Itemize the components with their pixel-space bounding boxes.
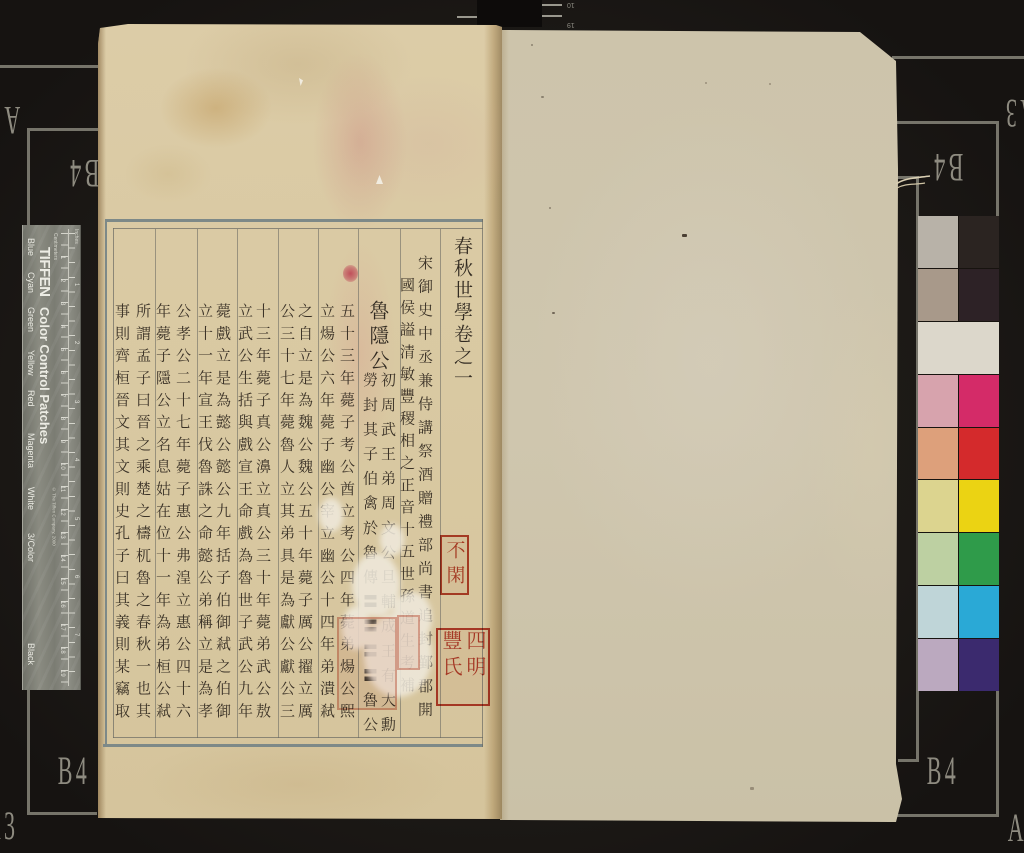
text-column-left-line: 立煬公六年薨子幽公宰立幽公十四年弟潰弒 [319, 303, 335, 725]
color-patch-pale-green [918, 533, 958, 585]
cm-number: 16 [59, 601, 65, 608]
patch-label-red: Red [26, 390, 35, 407]
color-patch-light-gray [918, 216, 958, 268]
cm-number: 2 [59, 279, 65, 282]
text-column-right-line: 之自立是為魏公魏公五十年薨子厲公擢立厲 [297, 303, 313, 725]
template-label-b4-bottom-left: B4 [55, 751, 88, 791]
text-column-left-line: 年薨子隱公立名息姑在位十一年為弟桓公弒 [155, 303, 171, 725]
top-ruler-label: 10 [567, 0, 575, 8]
cm-number: 3 [59, 302, 65, 305]
cm-number: 6 [59, 371, 65, 374]
color-patch-purple [959, 639, 999, 691]
patch-label-white: White [26, 487, 35, 510]
paper-speck [769, 83, 771, 85]
cm-number: 14 [59, 555, 65, 562]
patch-label-black: Black [26, 643, 35, 665]
color-patch-tan [918, 269, 958, 321]
color-patch-peach [918, 428, 958, 480]
color-patch-green [959, 533, 999, 585]
color-patch-magenta [959, 375, 999, 427]
color-patch-lavender [918, 639, 958, 691]
ruler-cm-ticks [61, 233, 68, 683]
inch-number: 5 [73, 517, 79, 520]
top-ruler-dash [542, 4, 562, 6]
frame-bottom-border [103, 744, 483, 747]
tiffen-copyright: © The Tiffen Company, 2000 [51, 487, 56, 546]
paper-speck [705, 82, 707, 84]
cm-number: 11 [59, 486, 65, 492]
patch-label-blue: Blue [26, 238, 35, 256]
template-label-a3-top-right: A3 [1007, 93, 1024, 133]
b4-guide-bottom-left [27, 812, 97, 815]
inch-number: 2 [73, 341, 79, 344]
template-label-a3-bottom-right: A3 [1005, 808, 1024, 848]
section-heading: 魯隱公 [367, 300, 388, 375]
paper-speck [541, 96, 544, 98]
top-ruler-label: 19 [567, 20, 575, 28]
patch-label-3color: 3/Color [26, 533, 35, 562]
patch-label-yellow: Yellow [26, 350, 35, 376]
b4-guide-bottom-right [895, 814, 999, 817]
patch-label-magenta: Magenta [26, 433, 35, 468]
top-dark-band [477, 0, 542, 27]
paper-speck [531, 44, 533, 46]
text-column-right-line: 公孝公二十七年薨子惠公弗湟立惠公四十六 [175, 303, 191, 725]
cm-number: 15 [59, 578, 65, 585]
frame-bottom-inner-border [113, 737, 483, 738]
paper-speck [750, 787, 754, 790]
paper-speck [682, 234, 687, 237]
paper-speck [552, 312, 555, 314]
collector-seal-small: 不閑 [440, 535, 469, 595]
tiffen-color-control-strip: Blue Cyan Green Yellow Red Magenta White… [22, 225, 81, 690]
faint-seal-stamp [397, 615, 420, 670]
cm-number: 8 [59, 417, 65, 420]
text-column-left-line: 立十一年宣王伐魯誅之命懿公弟稱立是為孝 [197, 303, 213, 725]
ruler-label-centimeters: Centimeters [52, 233, 57, 260]
color-reference-chart [918, 216, 999, 691]
volume-title: 春秋世學卷之一 [452, 236, 472, 390]
frame-left-border [105, 219, 107, 747]
color-patch-dark-brown [959, 269, 999, 321]
cm-number: 1 [59, 256, 65, 259]
text-column-right-line: 十三年薨子真公濞立真公三十年薨弟武公敖 [255, 303, 271, 725]
color-patch-pale-yellow [918, 480, 958, 532]
red-ink-stain [343, 265, 358, 282]
inner-guide-bottom-right [898, 759, 919, 762]
patch-label-cyan: Cyan [26, 272, 35, 293]
frame-top-border [105, 219, 483, 222]
tiffen-brand-logo: TIFFEN [37, 247, 52, 297]
text-column-left-line: 公三十七年薨魯人立其弟具是為獻公獻公三 [279, 303, 295, 725]
a3-guide-line-left [0, 65, 100, 68]
cm-number: 18 [59, 647, 65, 654]
top-ruler-dash [457, 16, 477, 18]
cm-number: 5 [59, 348, 65, 351]
cm-number: 10 [59, 463, 65, 470]
color-patch-cyan [959, 586, 999, 638]
frame-top-inner-border [113, 228, 483, 229]
cm-number: 13 [59, 532, 65, 539]
a3-guide-line-right [892, 56, 1024, 59]
color-patch-red [959, 428, 999, 480]
color-patch-yellow [959, 480, 999, 532]
color-patch-light-pink [918, 375, 958, 427]
cm-number: 4 [59, 325, 65, 328]
faint-seal-stamp [337, 617, 397, 710]
cm-number: 12 [59, 509, 65, 516]
template-label-b4-bottom-right: B4 [924, 751, 957, 791]
template-label-a3-bottom-left: A3 [0, 806, 15, 846]
inch-number: 1 [73, 283, 79, 286]
inch-number: 3 [73, 400, 79, 403]
top-ruler-dash [542, 15, 562, 17]
cm-number: 19 [59, 670, 65, 677]
cm-number: 7 [59, 394, 65, 397]
b4-guide-top-left [27, 128, 100, 131]
template-label-b4-top-right: B4 [934, 147, 967, 187]
inch-number: 7 [73, 633, 79, 636]
scan-stage: A3 B4 A3 B4 B4 A3 B4 A3 10 19 Blue Cyan … [0, 0, 1024, 853]
cm-number: 9 [59, 440, 65, 443]
inch-number: 6 [73, 575, 79, 578]
text-column-left-line: 立武公生括與戲宣王命戲為魯世子武公九年 [237, 303, 253, 725]
color-patch-white [918, 322, 999, 374]
color-patch-pale-cyan [918, 586, 958, 638]
right-page-blank-leaf [500, 29, 903, 823]
cm-number: 17 [59, 624, 65, 631]
inch-number: 4 [73, 458, 79, 461]
color-patch-black [959, 216, 999, 268]
template-label-b4-top-left: B4 [70, 153, 103, 193]
text-column-left-line: 事則齊桓晉文其文則史孔子曰其義則某竊取 [114, 303, 130, 725]
text-column-right-line: 所謂孟子曰晉之乘楚之檮杌魯之春秋一也其 [135, 303, 151, 725]
text-column-right-line: 薨戲立是為懿公懿公九年括子伯御弒之伯御 [215, 303, 231, 725]
paper-speck [549, 207, 551, 209]
tiffen-product-name: Color Control Patches [38, 307, 51, 444]
b4-guide-top-right [893, 121, 999, 124]
template-label-a3-top-left: A3 [0, 100, 24, 140]
collector-seal-large: 四明豐氏 [436, 628, 490, 706]
patch-label-green: Green [26, 307, 35, 332]
